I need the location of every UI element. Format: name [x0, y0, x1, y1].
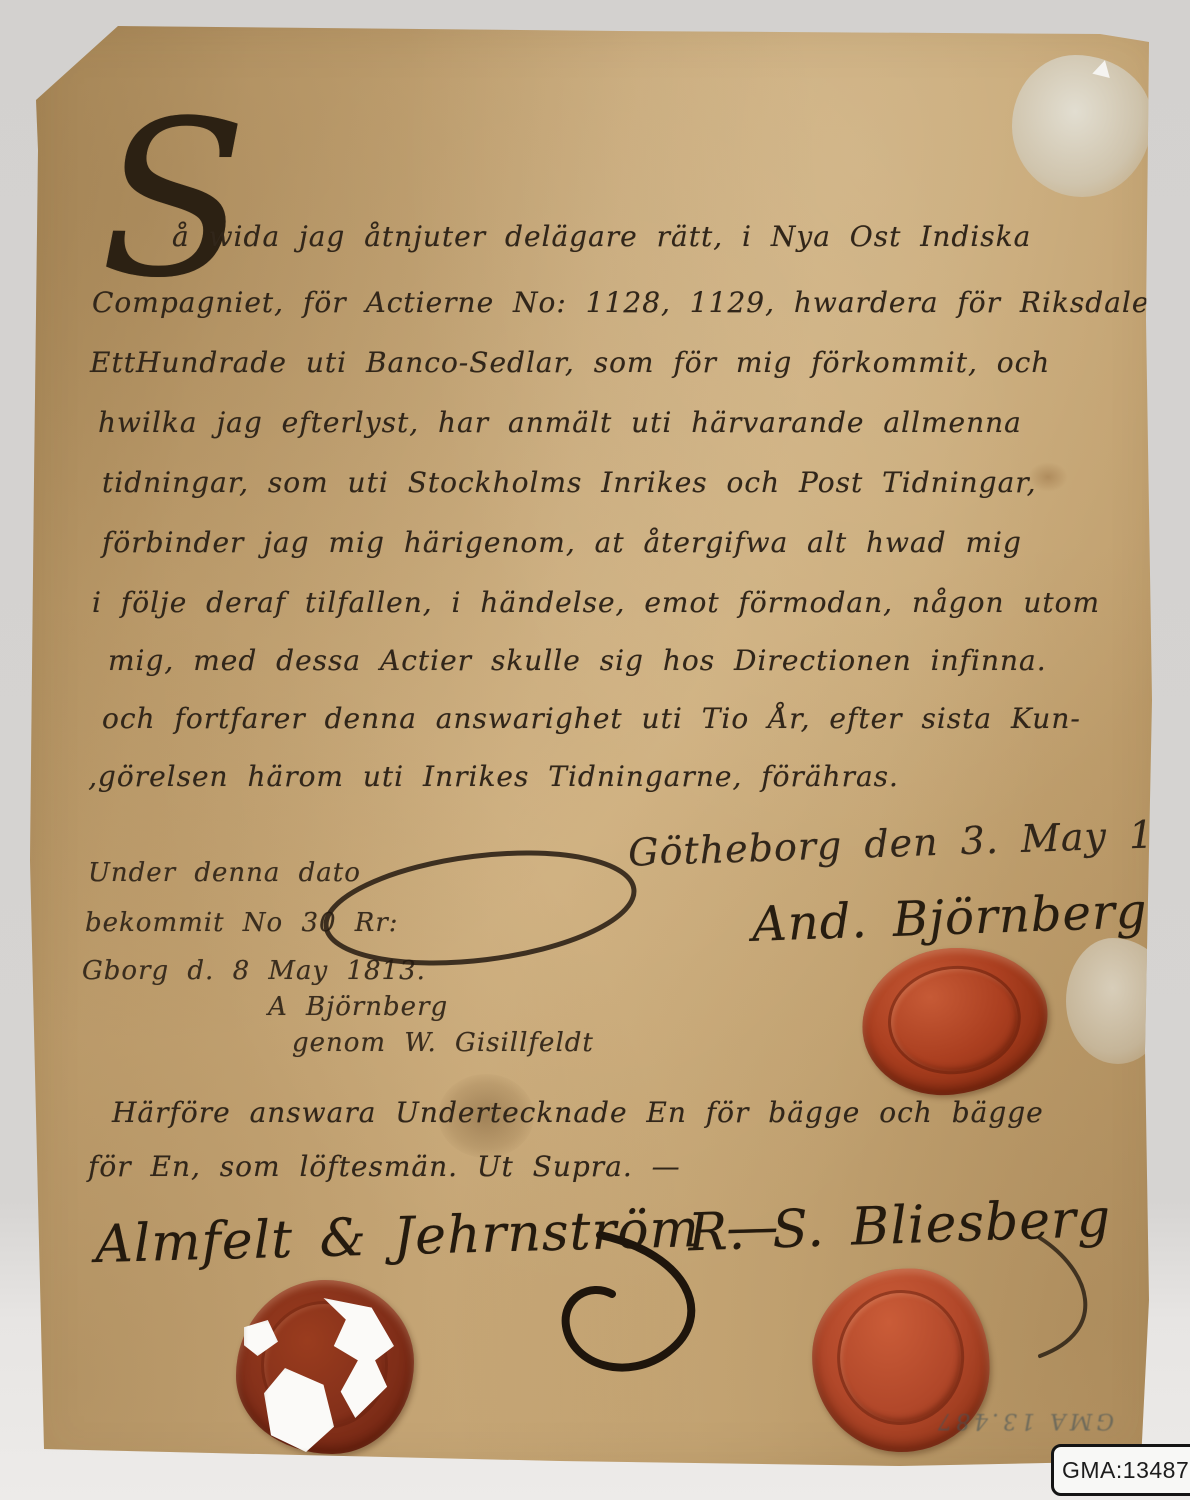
tape-patch-right-middle [1066, 938, 1170, 1064]
photographed-document: S å wida jag åtnjuter delägare rätt, i N… [0, 0, 1190, 1500]
guarantee-line: Härföre answara Undertecknade En för bäg… [112, 1096, 1044, 1129]
catalog-sticker: GMA:13487 [1051, 1444, 1190, 1496]
wax-seal-main [855, 939, 1055, 1104]
receipt-note-line: A Björnberg [268, 992, 448, 1022]
guarantee-line: för En, som löftesmän. Ut Supra. — [88, 1150, 681, 1183]
witness-signature-left: Almfelt & Jehrnström — [94, 1197, 780, 1275]
body-line: mig, med dessa Actier skulle sig hos Dir… [108, 644, 1047, 677]
body-line: tidningar, som uti Stockholms Inrikes oc… [102, 466, 1037, 499]
signature-tail-flourish [1040, 1238, 1085, 1356]
paper-sheet: S å wida jag åtnjuter delägare rätt, i N… [0, 0, 1190, 1500]
body-line: ‚görelsen härom uti Inrikes Tidningarne,… [88, 760, 899, 793]
receipt-note-line: genom W. Gisillfeldt [292, 1028, 594, 1058]
body-line: Compagniet, för Actierne No: 1128, 1129,… [92, 286, 1164, 319]
dateline: Götheborg den 3. May 1813. [627, 809, 1190, 874]
body-line: å wida jag åtnjuter delägare rätt, i Nya… [172, 220, 1031, 253]
wax-seal-witness-left-broken [236, 1280, 414, 1454]
receipt-note-line: Under denna dato [88, 858, 361, 888]
body-line: i följe deraf tilfallen, i händelse, emo… [92, 586, 1100, 619]
body-line: EttHundrade uti Banco-Sedlar, som för mi… [90, 346, 1050, 379]
body-line: hwilka jag efterlyst, har anmält uti här… [98, 406, 1022, 439]
receipt-note-line: Gborg d. 8 May 1813. [82, 956, 426, 986]
receipt-note-line: bekommit No 30 Rr: [85, 908, 399, 938]
main-signature: And. Björnberg [751, 883, 1148, 953]
body-line: förbinder jag mig härigenom, at återgifw… [102, 526, 1022, 559]
tape-patch-top-right [1012, 55, 1152, 197]
body-line: och fortfarer denna answarighet uti Tio … [102, 702, 1081, 735]
catalog-number-label: GMA:13487 [1062, 1457, 1189, 1484]
pencil-inventory-note: GMA 13.487 [934, 1408, 1114, 1433]
drop-cap-initial: S [100, 92, 248, 307]
